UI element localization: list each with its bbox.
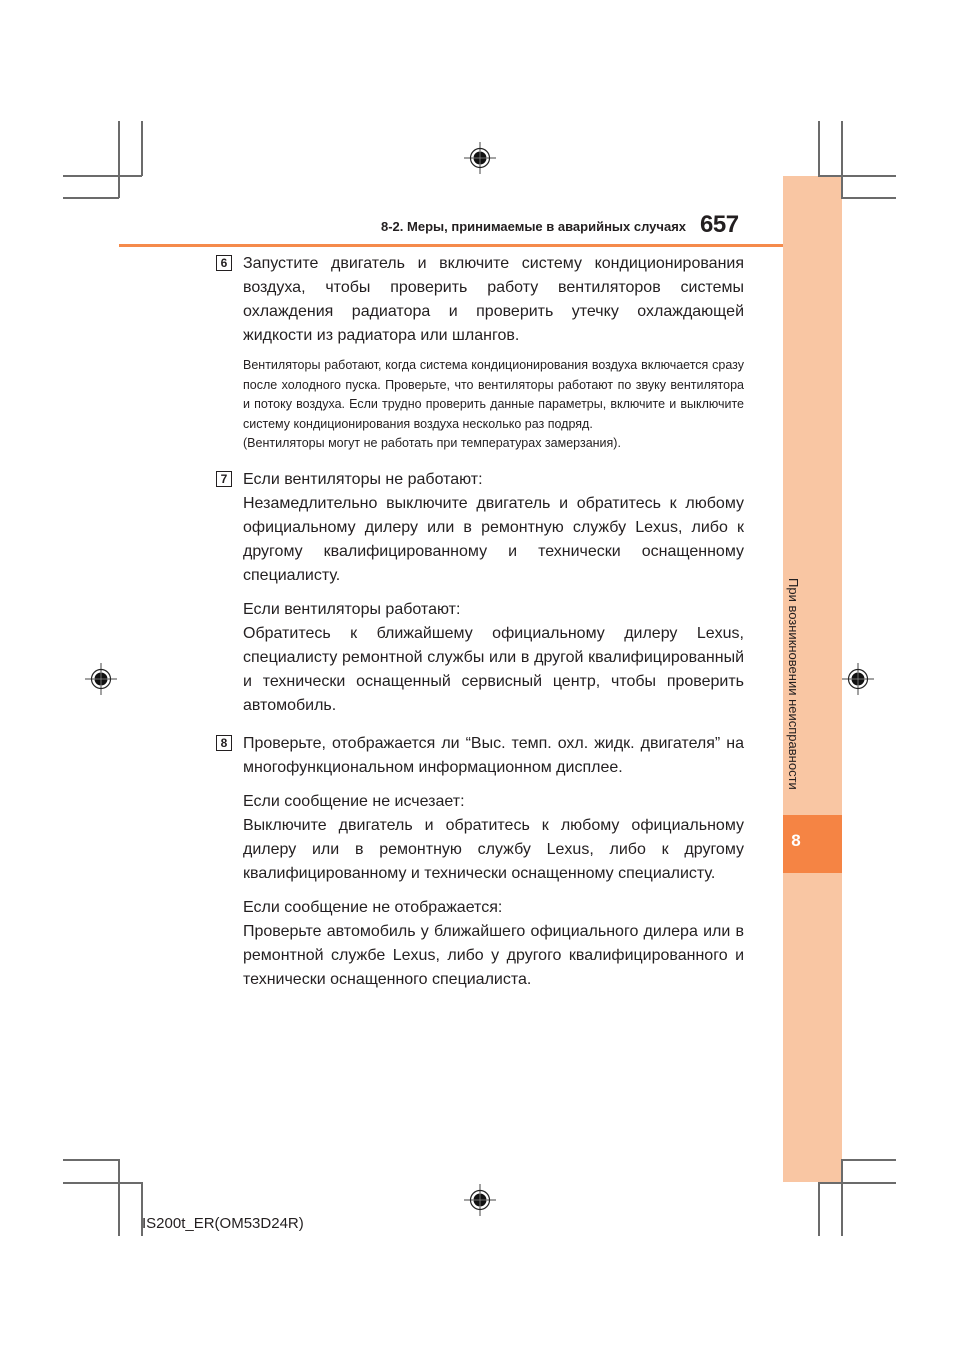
section-title: 8-2. Меры, принимаемые в аварийных случа…	[381, 219, 686, 234]
crop-mark	[118, 1159, 120, 1236]
crop-mark	[818, 175, 896, 177]
chapter-number: 8	[783, 831, 809, 851]
crop-mark	[63, 197, 119, 199]
step-text: Выключите двигатель и обратитесь к любом…	[243, 814, 744, 886]
step-number-badge: 6	[216, 255, 232, 271]
main-content: 6 Запустите двигатель и включите систему…	[216, 252, 744, 1004]
crop-mark	[63, 1159, 119, 1161]
step-text: Обратитесь к ближайшему официальному дил…	[243, 622, 744, 718]
registration-mark-icon	[83, 661, 119, 697]
crop-mark	[841, 1159, 896, 1161]
step-condition: Если сообщение не отображается:	[243, 896, 744, 920]
step-condition: Если вентиляторы работают:	[243, 598, 744, 622]
chapter-title: При возникновении неисправности	[784, 578, 802, 808]
header-rule	[119, 244, 783, 247]
document-code: IS200t_ER(OM53D24R)	[142, 1215, 304, 1232]
step-text: Проверьте автомобиль у ближайшего официа…	[243, 920, 744, 992]
step-note: (Вентиляторы могут не работать при темпе…	[243, 434, 744, 454]
step-6: 6 Запустите двигатель и включите систему…	[216, 252, 744, 454]
step-condition: Если вентиляторы не работают:	[243, 468, 744, 492]
step-text: Запустите двигатель и включите систему к…	[243, 252, 744, 348]
step-number-badge: 8	[216, 735, 232, 751]
chapter-tab: 8	[783, 815, 842, 873]
crop-mark	[141, 1182, 143, 1236]
step-number-badge: 7	[216, 471, 232, 487]
registration-mark-icon	[462, 140, 498, 176]
registration-mark-icon	[462, 1182, 498, 1218]
crop-mark	[818, 121, 820, 176]
step-condition: Если сообщение не исчезает:	[243, 790, 744, 814]
step-note: Вентиляторы работают, когда система конд…	[243, 356, 744, 434]
crop-mark	[63, 1182, 142, 1184]
crop-mark	[818, 1182, 896, 1184]
crop-mark	[141, 121, 143, 176]
step-text: Проверьте, отображается ли “Выс. темп. о…	[243, 732, 744, 780]
page-number: 657	[700, 211, 739, 239]
crop-mark	[841, 1159, 843, 1236]
crop-mark	[118, 121, 120, 198]
step-7: 7 Если вентиляторы не работают: Незамедл…	[216, 468, 744, 718]
registration-mark-icon	[840, 661, 876, 697]
crop-mark	[841, 197, 896, 199]
crop-mark	[63, 175, 142, 177]
step-text: Незамедлительно выключите двигатель и об…	[243, 492, 744, 588]
crop-mark	[841, 121, 843, 198]
step-8: 8 Проверьте, отображается ли “Выс. темп.…	[216, 732, 744, 992]
crop-mark	[818, 1182, 820, 1236]
